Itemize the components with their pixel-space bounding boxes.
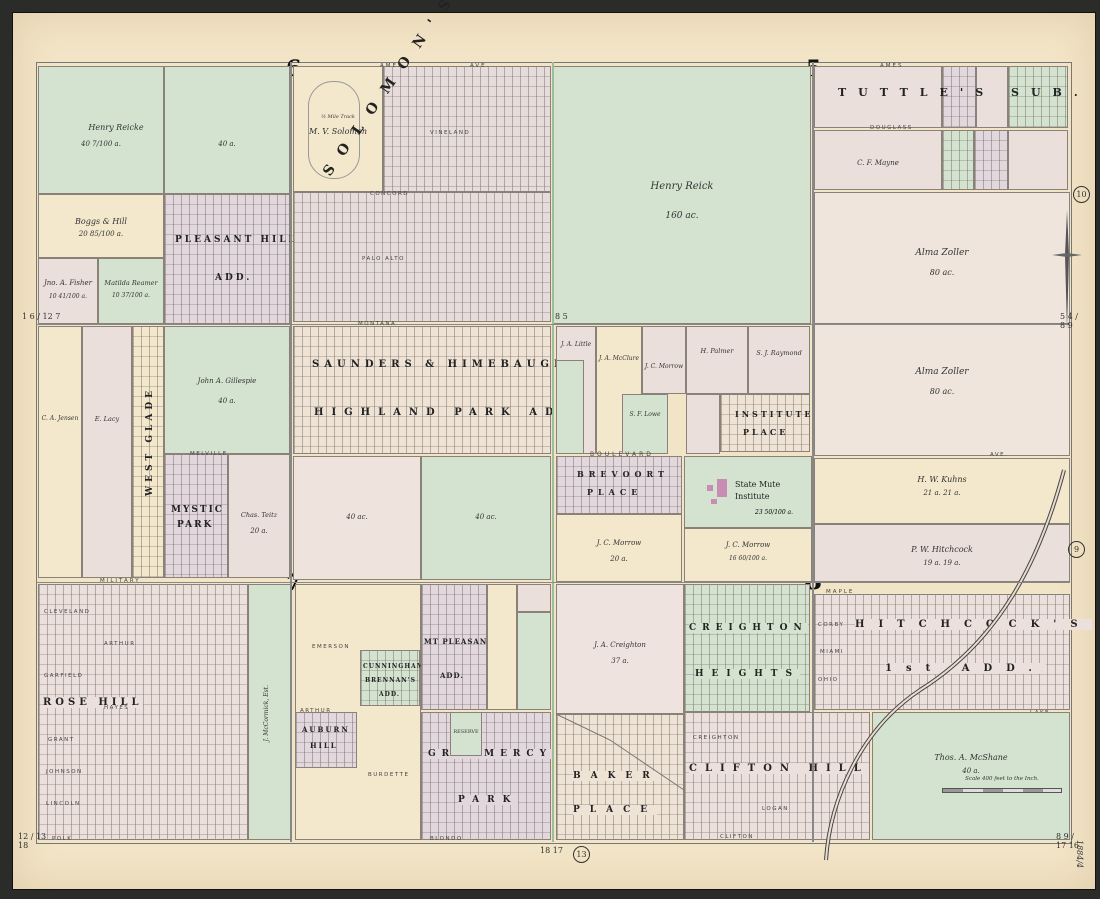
parcel-owner: J. C. Morrow — [643, 363, 685, 370]
parcel-j-scharf[interactable] — [1008, 130, 1068, 190]
parcel-owner: J. A. Little — [557, 341, 595, 348]
parcel-owner: Thos. A. McShane — [873, 753, 1069, 762]
parcel-chas-teitz[interactable]: Chas. Teitz 20 a. — [228, 454, 290, 578]
parcel-acres: 20 a. — [557, 555, 681, 563]
addition-pleasant-hill[interactable]: PLEASANT HILL ADD. — [164, 194, 290, 324]
parcel-pw-hitchcock[interactable]: P. W. Hitchcock 19 a. 19 a. — [814, 524, 1070, 582]
parcel-acres: 80 ac. — [815, 268, 1069, 277]
addition-label: BAKER — [573, 771, 660, 781]
parcel-matilda-reamer[interactable]: Matilda Reamer 10 37/100 a. — [98, 258, 164, 324]
scale-bar: Scale 400 feet to the Inch. — [942, 776, 1062, 793]
street-corby: CORBY — [818, 622, 844, 628]
parcel-owner: J. C. Morrow — [685, 541, 811, 549]
street-douglass: DOUGLASS — [870, 125, 913, 131]
addition-label: PARK — [177, 520, 213, 530]
addition-label: HITCHCOCK'S — [855, 619, 1092, 630]
building-icon — [717, 479, 727, 497]
addition-label: PLACE — [573, 805, 657, 815]
addition-brevoort-place[interactable]: BREVOORT PLACE — [556, 456, 682, 514]
addition-mt-pleasant[interactable]: MT PLEASANT ADD. — [421, 584, 487, 710]
parcel-mv-solomon[interactable]: ½ Mile Track M. V. Solomon — [293, 66, 383, 192]
parcel-acres: 80 ac. — [815, 387, 1069, 396]
parcel-owner: M. V. Solomon — [294, 127, 382, 136]
section-line-west — [290, 62, 292, 842]
addition-label: MYSTIC — [171, 505, 224, 515]
addition-label-tuttles: TUTTLE'S SUB. — [838, 86, 1090, 99]
parcel-owner: J. C. Morrow — [557, 539, 681, 547]
corner-mark-right-mid: 5 4 / 8 9 — [1060, 312, 1080, 330]
addition-label: INSTITUTE — [735, 409, 814, 419]
parcel-alma-zoller-n[interactable]: Alma Zoller 80 ac. — [814, 192, 1070, 324]
parcel-ja-creighton[interactable]: J. A. Creighton 37 a. — [556, 584, 684, 714]
addition-label: CREIGHTON — [689, 623, 808, 633]
parcel-acres: 10 41/100 a. — [39, 293, 97, 300]
addition-gramercy-park[interactable]: GRAMMERCY PARK — [421, 712, 551, 840]
street-clifton: CLIFTON — [720, 834, 754, 840]
parcel-acres: 40 7/100 a. — [39, 140, 163, 148]
addition-label: BREVOORT — [577, 469, 669, 479]
parcel-owner: E. Lacy — [83, 415, 131, 423]
addition-institute-place[interactable]: INSTITUTE PLACE — [720, 394, 810, 452]
parcel-40ac-green[interactable]: 40 ac. — [421, 456, 551, 580]
addition-solomons-ne[interactable] — [383, 66, 551, 192]
addition-auburn-hill[interactable]: AUBURN HILL — [295, 712, 357, 768]
parcel-acres: 19 a. 19 a. — [815, 559, 1069, 567]
street-montana: MONTANA — [358, 321, 396, 327]
parcel-sj-raymond[interactable]: S. J. Raymond — [748, 326, 810, 394]
parcel-owner: S. J. Raymond — [749, 349, 809, 357]
quarter-line-north — [36, 324, 1070, 325]
street-vineland: VINELAND — [430, 130, 470, 136]
parcel-acres: 20 85/100 a. — [39, 230, 163, 238]
street-johnson: JOHNSON — [46, 769, 83, 775]
section-line-center — [552, 62, 554, 842]
reserve-label: RESERVE — [451, 729, 481, 735]
addition-clifton-hill[interactable]: CLIFTON HILL — [684, 712, 870, 840]
parcel-acres: 40 ac. — [422, 513, 550, 521]
street-arthur: ARTHUR — [104, 641, 136, 647]
parcel-ca-jensen[interactable]: C. A. Jensen — [38, 326, 82, 578]
addition-label: ADD. — [215, 273, 252, 283]
addition-buel-place[interactable] — [942, 130, 974, 190]
parcel-acres: 40 a. — [165, 140, 289, 148]
street-burdette: BURDETTE — [368, 772, 409, 778]
addition-label: WEST GLADE — [145, 387, 155, 496]
parcel-sf-lowe[interactable]: S. F. Lowe — [622, 394, 668, 454]
parcel-owner: Henry Reick — [554, 181, 810, 192]
scale-label: Scale 400 feet to the Inch. — [942, 776, 1062, 782]
parcel-owner: Henry Reicke — [69, 123, 163, 132]
parcel-acres: 21 a. 21 a. — [815, 489, 1069, 497]
parcel-jc-morrow-lot1[interactable]: J. C. Morrow — [642, 326, 686, 394]
street-garfield: GARFIELD — [44, 673, 83, 679]
page-ref-circle-right-upper[interactable]: 10 — [1073, 186, 1090, 203]
parcel-acres: 40 a. — [165, 397, 289, 405]
parcel-owner: John A. Gillespie — [165, 377, 289, 385]
parcel-h-palmer[interactable]: H. Palmer — [686, 326, 748, 394]
addition-label: PARK — [458, 795, 518, 805]
addition-label: BRENNAN'S — [365, 677, 416, 684]
parcel-acres: 10 37/100 a. — [99, 292, 163, 299]
parcel-owner: C. A. Jensen — [39, 415, 81, 422]
parcel-owner: H. Palmer — [687, 347, 747, 355]
addition-label: SAUNDERS & HIMEBAUGH'S — [312, 359, 589, 370]
parcel-henry-reicke-e[interactable]: 40 a. — [164, 66, 290, 194]
addition-cunningham-brennans[interactable]: CUNNINGHAM BRENNAN'S ADD. — [360, 650, 420, 706]
building-icon — [707, 485, 713, 491]
addition-label: 1st ADD. — [885, 663, 1046, 674]
addition-label: MT PLEASANT — [424, 637, 493, 646]
addition-highland-park[interactable]: SAUNDERS & HIMEBAUGH'S HIGHLAND PARK ADD… — [293, 326, 551, 454]
addition-label: PLEASANT HILL — [175, 235, 298, 245]
addition-label: ADD. — [379, 691, 400, 698]
parcel-owner: J. A. McClure — [597, 355, 641, 362]
parcel-owner: Alma Zoller — [815, 367, 1069, 377]
scale-graduation — [942, 788, 1062, 793]
parcel-acres: 160 ac. — [554, 211, 810, 221]
corner-mark-bottom-center: 18 17 — [540, 846, 563, 855]
addition-label: PLACE — [587, 487, 642, 497]
parcel-alma-zoller-s[interactable]: Alma Zoller 80 ac. — [814, 324, 1070, 456]
parcel-bowles-moses[interactable] — [487, 584, 517, 710]
parcel-hw-kuhns[interactable]: H. W. Kuhns 21 a. 21 a. — [814, 458, 1070, 524]
parcel-owner: S. F. Lowe — [623, 411, 667, 418]
parcel-state-mute-institute[interactable]: State Mute Institute 23 50/100 a. — [684, 456, 812, 528]
parcel-acres: 37 a. — [557, 657, 683, 665]
street-ames: AMES — [380, 63, 403, 69]
corner-mark-bottom-left: 12 / 13 18 — [18, 832, 48, 850]
parcel-mary-mulhall[interactable] — [517, 612, 551, 710]
addition-label: AUBURN — [302, 725, 350, 734]
building-icon — [711, 499, 717, 504]
parcel-jc-morrow-20[interactable]: J. C. Morrow 20 a. — [556, 514, 682, 582]
corner-mark-top-left: 1 6 / 12 7 — [22, 312, 60, 321]
street-logan: LOGAN — [762, 806, 789, 812]
parcel-henry-reicke-w[interactable]: Henry Reicke 40 7/100 a. — [38, 66, 164, 194]
section-line-east — [812, 62, 814, 842]
corner-mark-mid-center: 8 5 — [555, 312, 568, 321]
street-palo-alto: PALO ALTO — [362, 256, 405, 262]
street-emerson: EMERSON — [312, 644, 350, 650]
parcel-e-palmer[interactable] — [686, 394, 720, 454]
parcel-acres: 16 60/100 a. — [685, 555, 811, 562]
street-hayes: HAYES — [104, 705, 129, 711]
street-ohio: OHIO — [818, 677, 838, 683]
parcel-owner: Chas. Teitz — [229, 511, 289, 519]
parcel-owner: Alma Zoller — [815, 248, 1069, 258]
street-creighton: CREIGHTON — [693, 735, 739, 741]
street-melville: MELVILLE — [190, 451, 228, 457]
street-blondo: BLONDO — [430, 836, 463, 842]
street-ave-top: AVE. — [470, 63, 490, 69]
addition-label: CUNNINGHAM — [363, 663, 424, 670]
addition-label: ADD. — [440, 671, 464, 680]
parcel-jc-morrow-16[interactable]: J. C. Morrow 16 60/100 a. — [684, 528, 812, 582]
parcel-owner: J. McCormick, Est. — [263, 685, 291, 742]
parcel-owner: P. W. Hitchcock — [815, 545, 1069, 554]
parcel-owner: Jno. A. Fisher — [39, 279, 97, 287]
parcel-owner: State Mute Institute — [735, 479, 795, 503]
parcel-mccormick-est[interactable]: J. McCormick, Est. — [248, 584, 292, 840]
parcel-acres: 40 ac. — [294, 513, 420, 521]
addition-label: PLACE — [743, 427, 788, 437]
addition-label: HIGHLAND PARK ADD. — [314, 407, 589, 418]
parcel-a-meyer[interactable] — [517, 584, 551, 612]
addition-label: CLIFTON HILL — [689, 763, 869, 774]
street-lincoln: LINCOLN — [46, 801, 81, 807]
parcel-kennedy[interactable] — [556, 360, 584, 454]
page-ref-circle-right-lower[interactable]: 9 — [1068, 541, 1085, 558]
parcel-acres: 20 a. — [229, 527, 289, 535]
parcel-40ac-pink[interactable]: 40 ac. — [293, 456, 421, 580]
parcel-owner: J. A. Creighton — [557, 641, 683, 649]
street-arthur-2: ARTHUR — [300, 708, 332, 714]
margin-note: 1884/4 — [1075, 840, 1084, 868]
street-cleveland: CLEVELAND — [44, 609, 90, 615]
addition-harlem-place[interactable] — [974, 130, 1008, 190]
street-concord: CONCORD — [370, 191, 409, 197]
parcel-boggs-hill[interactable]: Boggs & Hill 20 85/100 a. — [38, 194, 164, 258]
addition-creighton-heights[interactable]: CREIGHTON HEIGHTS — [684, 584, 810, 712]
parcel-henry-reick-160[interactable]: Henry Reick 160 ac. — [553, 66, 811, 324]
parcel-e-lacy[interactable]: E. Lacy — [82, 326, 132, 578]
parcel-acres: 40 a. — [873, 767, 1069, 775]
addition-label: HEIGHTS — [695, 669, 800, 679]
street-ames-east: AMES — [880, 63, 903, 69]
parcel-john-gillespie[interactable]: John A. Gillespie 40 a. — [164, 326, 290, 454]
parcel-owner: Boggs & Hill — [39, 217, 163, 226]
parcel-reserve[interactable]: RESERVE — [450, 712, 482, 756]
street-miami: MIAMI — [820, 649, 844, 655]
addition-west-glade[interactable]: WEST GLADE — [132, 326, 164, 578]
addition-label: GRAMMERCY — [428, 749, 552, 759]
parcel-owner: H. W. Kuhns — [815, 475, 1069, 484]
parcel-owner: Matilda Reamer — [99, 279, 163, 287]
parcel-cf-mayne[interactable]: C. F. Mayne — [814, 130, 942, 190]
parcel-acres: 23 50/100 a. — [755, 509, 793, 516]
addition-hitchcocks[interactable]: HITCHCOCK'S 1st ADD. — [814, 594, 1070, 710]
plat-map[interactable]: 11 Omaha & Environs, Plate, 12. 6 5 7 8 … — [0, 0, 1100, 899]
street-polk: POLK — [52, 836, 72, 842]
page-ref-circle-bottom[interactable]: 13 — [573, 846, 590, 863]
addition-solomons-s[interactable] — [293, 192, 551, 322]
addition-label: HILL — [310, 741, 338, 750]
section-line-south — [36, 582, 1070, 583]
addition-mystic-park[interactable]: MYSTIC PARK — [164, 454, 228, 578]
street-grant: GRANT — [48, 737, 75, 743]
parcel-owner: C. F. Mayne — [815, 159, 941, 167]
addition-baker-place[interactable]: BAKER PLACE — [556, 714, 684, 840]
